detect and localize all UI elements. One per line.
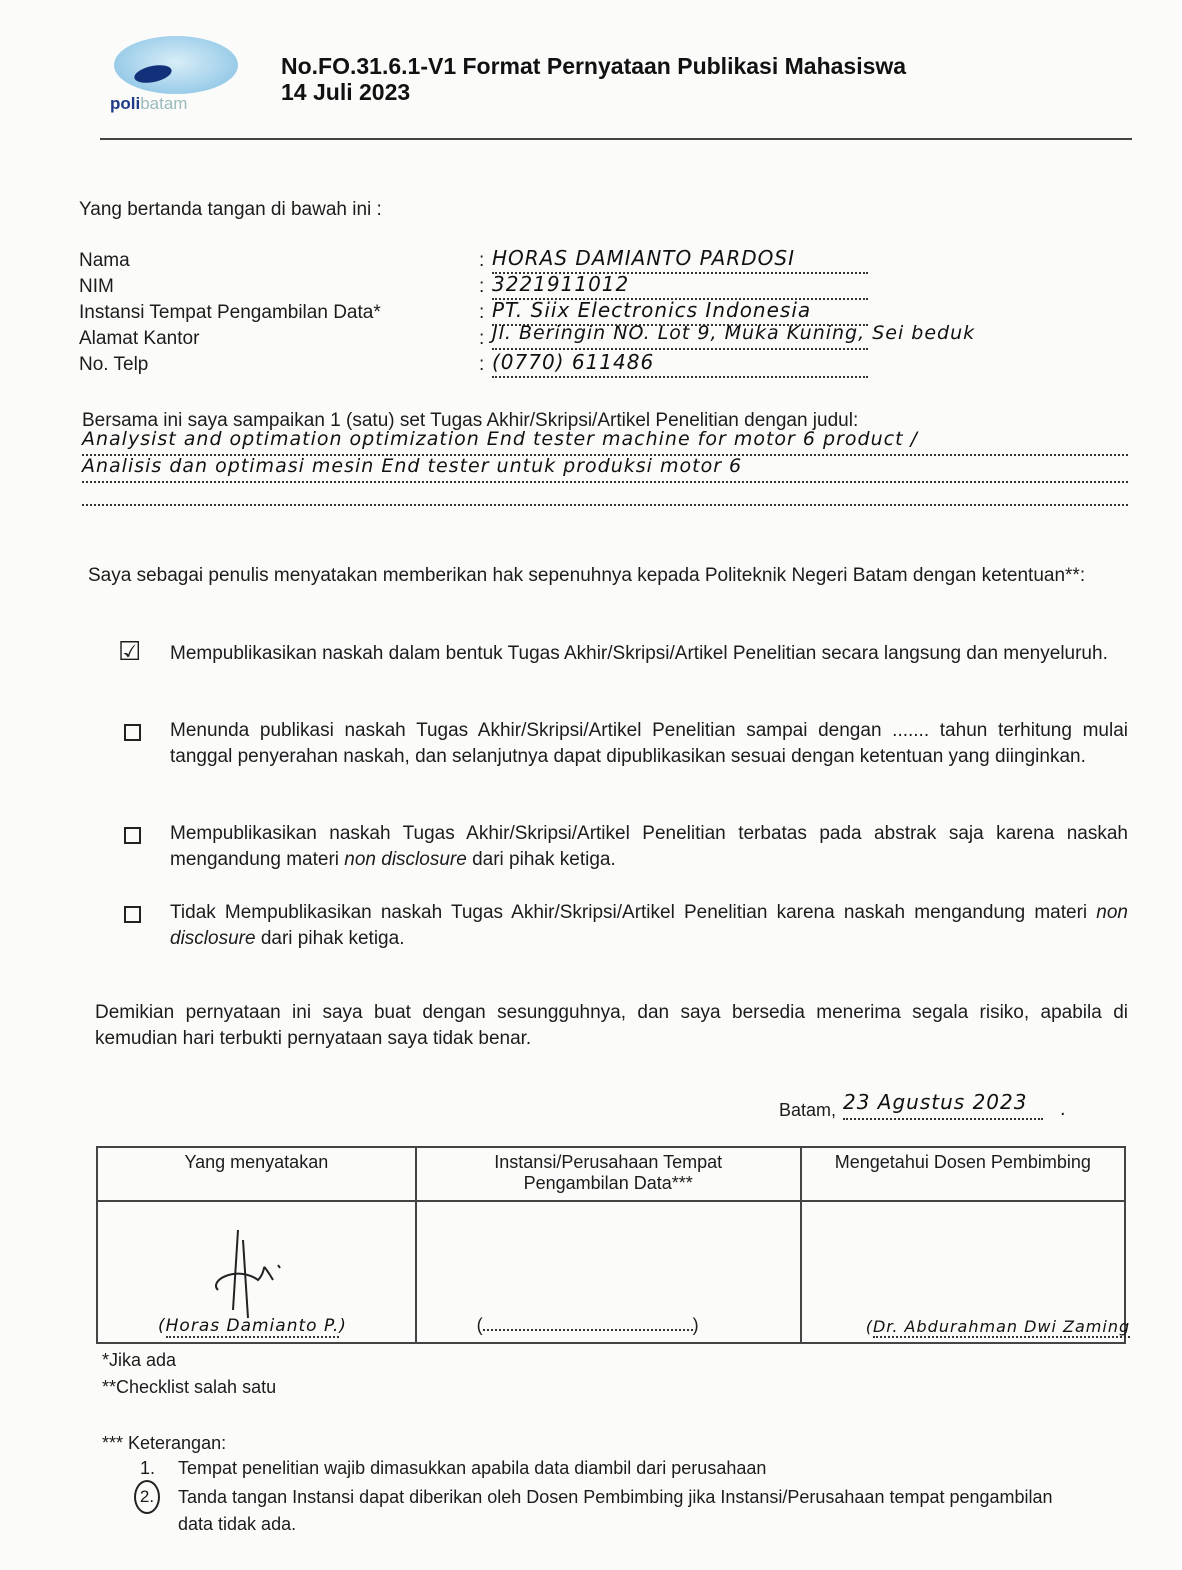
checked-box-icon: ☑ bbox=[118, 636, 141, 666]
company-name-blank: () bbox=[477, 1315, 699, 1336]
option-2-text: Menunda publikasi naskah Tugas Akhir/Skr… bbox=[170, 718, 1128, 770]
label-nama: Nama bbox=[79, 250, 130, 272]
field-nim[interactable]: 3221911012 bbox=[492, 272, 868, 300]
option-4-text: Tidak Mempublikasikan naskah Tugas Akhir… bbox=[170, 900, 1128, 952]
label-nim: NIM bbox=[79, 276, 114, 298]
form-date: 14 Juli 2023 bbox=[281, 79, 410, 106]
date-suffix: . bbox=[1060, 1098, 1066, 1121]
colon: : bbox=[479, 250, 484, 272]
supervisor-signature-cell[interactable]: (Dr. Abdurahman Dwi Zaming bbox=[801, 1201, 1125, 1343]
field-telp[interactable]: (0770) 611486 bbox=[492, 350, 868, 378]
field-nama[interactable]: HORAS DAMIANTO PARDOSI bbox=[492, 246, 868, 274]
keterangan-2-num: 2. bbox=[134, 1480, 160, 1514]
signature-scribble-icon bbox=[198, 1220, 288, 1320]
form-title: No.FO.31.6.1-V1 Format Pernyataan Publik… bbox=[281, 53, 906, 80]
keterangan-2-text: Tanda tangan Instansi dapat diberikan ol… bbox=[178, 1484, 1058, 1538]
header-company: Instansi/Perusahaan Tempat Pengambilan D… bbox=[416, 1147, 801, 1201]
colon: : bbox=[479, 354, 484, 376]
student-signature-cell[interactable]: (Horas Damianto P.) bbox=[97, 1201, 416, 1343]
student-name: (Horas Damianto P.) bbox=[158, 1316, 347, 1336]
closing-statement: Demikian pernyataan ini saya buat dengan… bbox=[95, 1000, 1128, 1052]
title-line-1[interactable]: Analysist and optimation optimization En… bbox=[82, 428, 1128, 456]
intro-text: Yang bertanda tangan di bawah ini : bbox=[79, 199, 382, 221]
option-3-checkbox[interactable] bbox=[124, 827, 141, 844]
colon: : bbox=[479, 276, 484, 298]
option-1-checkbox[interactable]: ☑ bbox=[118, 638, 141, 664]
label-alamat: Alamat Kantor bbox=[79, 328, 199, 350]
option-2-checkbox[interactable] bbox=[124, 724, 141, 741]
signature-table: Yang menyatakan Instansi/Perusahaan Temp… bbox=[96, 1146, 1126, 1344]
title-line-2[interactable]: Analisis dan optimasi mesin End tester u… bbox=[82, 455, 1128, 483]
supervisor-name: (Dr. Abdurahman Dwi Zaming bbox=[866, 1317, 1130, 1336]
header-supervisor: Mengetahui Dosen Pembimbing bbox=[801, 1147, 1125, 1201]
footnote-1: *Jika ada bbox=[102, 1350, 176, 1371]
keterangan-title: *** Keterangan: bbox=[102, 1433, 226, 1454]
header-student: Yang menyatakan bbox=[97, 1147, 416, 1201]
date-field[interactable]: 23 Agustus 2023 bbox=[843, 1090, 1043, 1120]
label-instansi: Instansi Tempat Pengambilan Data* bbox=[79, 302, 381, 324]
logo-emblem-icon bbox=[114, 36, 238, 94]
rights-statement: Saya sebagai penulis menyatakan memberik… bbox=[88, 563, 1128, 589]
logo-wordmark: polibatam bbox=[110, 94, 187, 114]
colon: : bbox=[479, 302, 484, 324]
title-line-3[interactable] bbox=[82, 480, 1128, 506]
place-label: Batam, bbox=[779, 1100, 836, 1121]
colon: : bbox=[479, 328, 484, 350]
option-3-text: Mempublikasikan naskah Tugas Akhir/Skrip… bbox=[170, 821, 1128, 873]
polibatam-logo: polibatam bbox=[108, 36, 248, 116]
footnote-2: **Checklist salah satu bbox=[102, 1377, 276, 1398]
option-4-checkbox[interactable] bbox=[124, 906, 141, 923]
header-divider bbox=[100, 138, 1132, 140]
label-telp: No. Telp bbox=[79, 354, 148, 376]
keterangan-1-text: Tempat penelitian wajib dimasukkan apabi… bbox=[178, 1458, 1078, 1479]
field-alamat[interactable]: Jl. Beringin NO. Lot 9, Muka Kuning, Sei… bbox=[492, 322, 868, 350]
company-signature-cell[interactable]: () bbox=[416, 1201, 801, 1343]
keterangan-1-num: 1. bbox=[140, 1458, 155, 1479]
option-1-text: Mempublikasikan naskah dalam bentuk Tuga… bbox=[170, 641, 1128, 667]
